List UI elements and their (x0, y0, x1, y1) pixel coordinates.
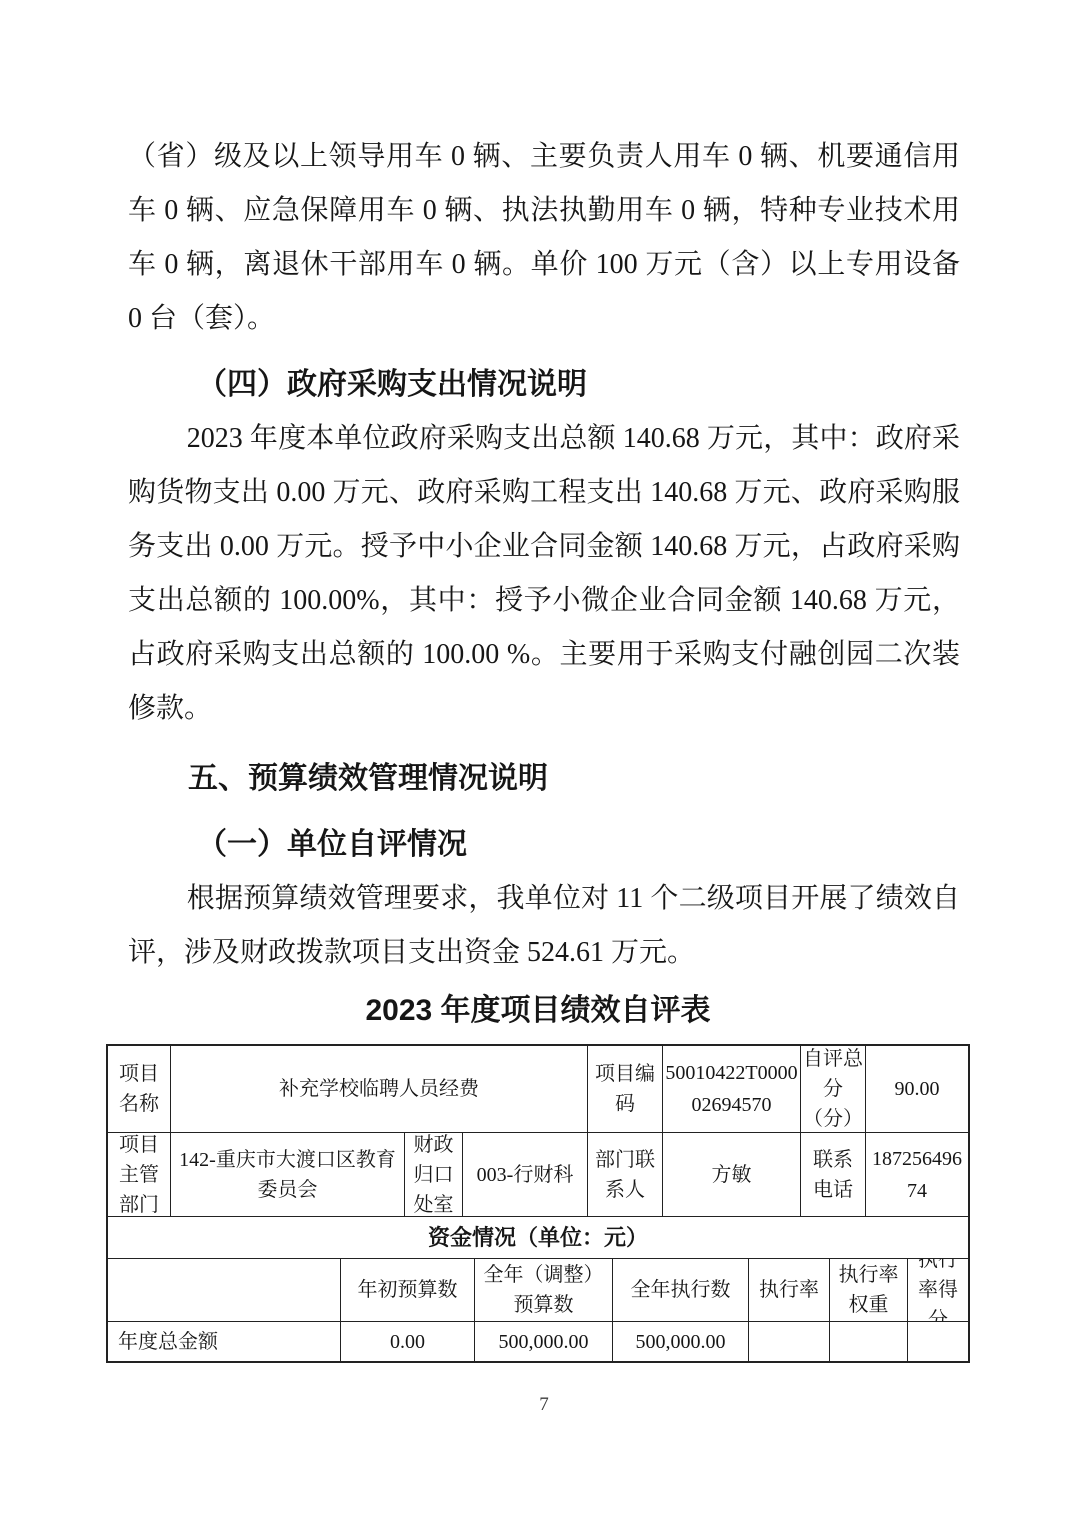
paragraph-vehicles: （省）级及以上领导用车 0 辆、主要负责人用车 0 辆、机要通信用车 0 辆、应… (128, 130, 960, 346)
cell-annual-total-label: 年度总金额 (108, 1321, 340, 1361)
cell-funds-header-exec-rate: 执行率 (748, 1258, 829, 1321)
page-number: 7 (128, 1394, 960, 1416)
cell-contact: 方敏 (662, 1132, 800, 1216)
cell-funds-header-adjusted-budget: 全年（调整）预算数 (474, 1258, 612, 1321)
cell-annual-initial-budget: 0.00 (340, 1321, 474, 1361)
paragraph-procurement-detail: 2023 年度本单位政府采购支出总额 140.68 万元，其中：政府采购货物支出… (128, 412, 960, 736)
cell-funds-section-title: 资金情况（单位：元） (108, 1216, 968, 1258)
cell-annual-executed: 500,000.00 (612, 1321, 748, 1361)
cell-dept-label: 项目主管部门 (108, 1132, 170, 1216)
cell-annual-adjusted-budget: 500,000.00 (474, 1321, 612, 1361)
cell-annual-exec-rate (748, 1321, 829, 1361)
heading-subsection-1-self-eval: （一）单位自评情况 (128, 818, 960, 872)
heading-section-4-procurement: （四）政府采购支出情况说明 (128, 358, 960, 412)
cell-annual-exec-rate-score (907, 1321, 968, 1361)
cell-project-name: 补充学校临聘人员经费 (170, 1046, 587, 1132)
cell-finance-office: 003-行财科 (462, 1132, 587, 1216)
cell-dept: 142-重庆市大渡口区教育委员会 (170, 1132, 404, 1216)
cell-funds-header-initial-budget: 年初预算数 (340, 1258, 474, 1321)
cell-project-code-label: 项目编码 (587, 1046, 662, 1132)
table-section-funds: 年初预算数 全年（调整）预算数 全年执行数 执行率 执行率权重 执行率得分 年度… (108, 1258, 968, 1361)
cell-annual-exec-rate-weight (829, 1321, 907, 1361)
table-title: 2023 年度项目绩效自评表 (106, 988, 970, 1034)
cell-finance-office-label: 财政归口处室 (404, 1132, 462, 1216)
table-section-funds-banner: 资金情况（单位：元） (108, 1216, 968, 1258)
cell-contact-label: 部门联系人 (587, 1132, 662, 1216)
cell-self-score-label: 自评总分（分） (800, 1046, 865, 1132)
cell-phone: 18725649674 (865, 1132, 968, 1216)
cell-project-code: 50010422T000002694570 (662, 1046, 800, 1132)
cell-funds-header-exec-rate-score: 执行率得分 (907, 1258, 968, 1321)
performance-self-eval-table: 项目名称 补充学校临聘人员经费 项目编码 50010422T0000026945… (106, 1044, 970, 1363)
paragraph-self-evaluation: 根据预算绩效管理要求，我单位对 11 个二级项目开展了绩效自评，涉及财政拨款项目… (128, 872, 960, 980)
cell-funds-header-blank (108, 1258, 340, 1321)
cell-funds-header-exec-rate-weight: 执行率权重 (829, 1258, 907, 1321)
cell-self-score: 90.00 (865, 1046, 968, 1132)
cell-project-name-label: 项目名称 (108, 1046, 170, 1132)
document-page: （省）级及以上领导用车 0 辆、主要负责人用车 0 辆、机要通信用车 0 辆、应… (0, 0, 1074, 1520)
heading-section-5-performance: 五、预算绩效管理情况说明 (128, 752, 960, 806)
table-section-identity: 项目名称 补充学校临聘人员经费 项目编码 50010422T0000026945… (108, 1046, 968, 1216)
cell-phone-label: 联系电话 (800, 1132, 865, 1216)
cell-funds-header-executed: 全年执行数 (612, 1258, 748, 1321)
